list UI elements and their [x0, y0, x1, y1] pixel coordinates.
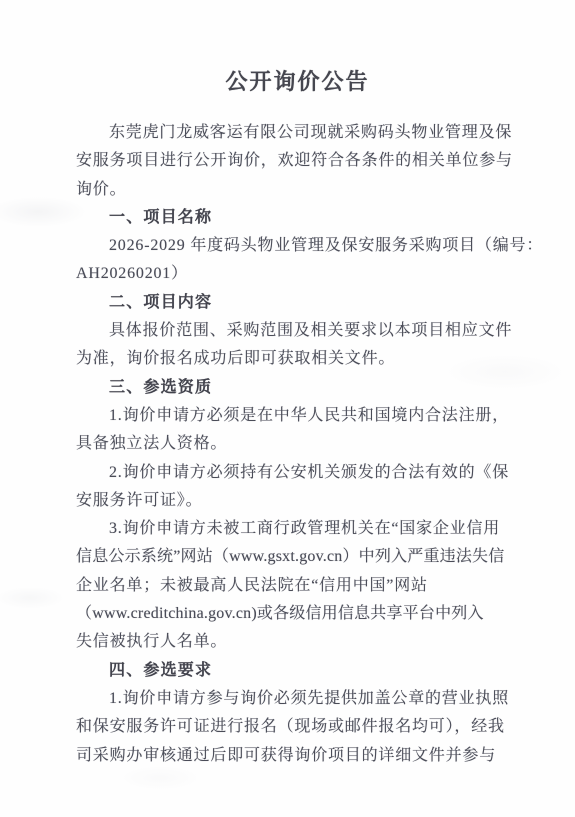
doc-line: 东莞虎门龙威客运有限公司现就采购码头物业管理及保: [76, 119, 531, 147]
doc-line: 司采购办审核通过后即可获得询价项目的详细文件并参与: [76, 742, 531, 770]
doc-line: 2.询价申请方必须持有公安机关颁发的合法有效的《保: [76, 459, 531, 487]
doc-line: （www.creditchina.gov.cn)或各级信用信息共享平台中列入: [76, 600, 531, 628]
doc-line: 具体报价范围、采购范围及相关要求以本项目相应文件: [76, 317, 531, 345]
doc-line: 3.询价申请方未被工商行政管理机关在“国家企业信用: [76, 515, 531, 543]
doc-line: 信息公示系统”网站（www.gsxt.gov.cn）中列入严重违法失信: [76, 543, 531, 571]
section-heading-3: 三、参选资质: [76, 374, 531, 402]
doc-line: 安服务许可证》。: [76, 487, 531, 515]
doc-line: 1.询价申请方必须是在中华人民共和国境内合法注册，: [76, 402, 531, 430]
doc-line: 2026-2029 年度码头物业管理及保安服务采购项目（编号：: [76, 232, 531, 260]
document-page: 公开询价公告 东莞虎门龙威客运有限公司现就采购码头物业管理及保 安服务项目进行公…: [0, 0, 575, 817]
doc-line: 具备独立法人资格。: [76, 430, 531, 458]
section-heading-1: 一、项目名称: [76, 204, 531, 232]
doc-line: 为准，询价报名成功后即可获取相关文件。: [76, 345, 531, 373]
section-heading-4: 四、参选要求: [76, 657, 531, 685]
section-heading-2: 二、项目内容: [76, 289, 531, 317]
doc-line: 1.询价申请方参与询价必须先提供加盖公章的营业执照: [76, 685, 531, 713]
doc-line: AH20260201）: [76, 260, 531, 288]
doc-line: 企业名单；未被最高人民法院在“信用中国”网站: [76, 572, 531, 600]
doc-line: 失信被执行人名单。: [76, 628, 531, 656]
doc-title: 公开询价公告: [76, 68, 519, 96]
doc-line: 和保安服务许可证进行报名（现场或邮件报名均可），经我: [76, 713, 531, 741]
doc-line: 安服务项目进行公开询价，欢迎符合各条件的相关单位参与: [76, 147, 531, 175]
doc-line: 询价。: [76, 176, 531, 204]
doc-body: 东莞虎门龙威客运有限公司现就采购码头物业管理及保 安服务项目进行公开询价，欢迎符…: [76, 119, 531, 770]
